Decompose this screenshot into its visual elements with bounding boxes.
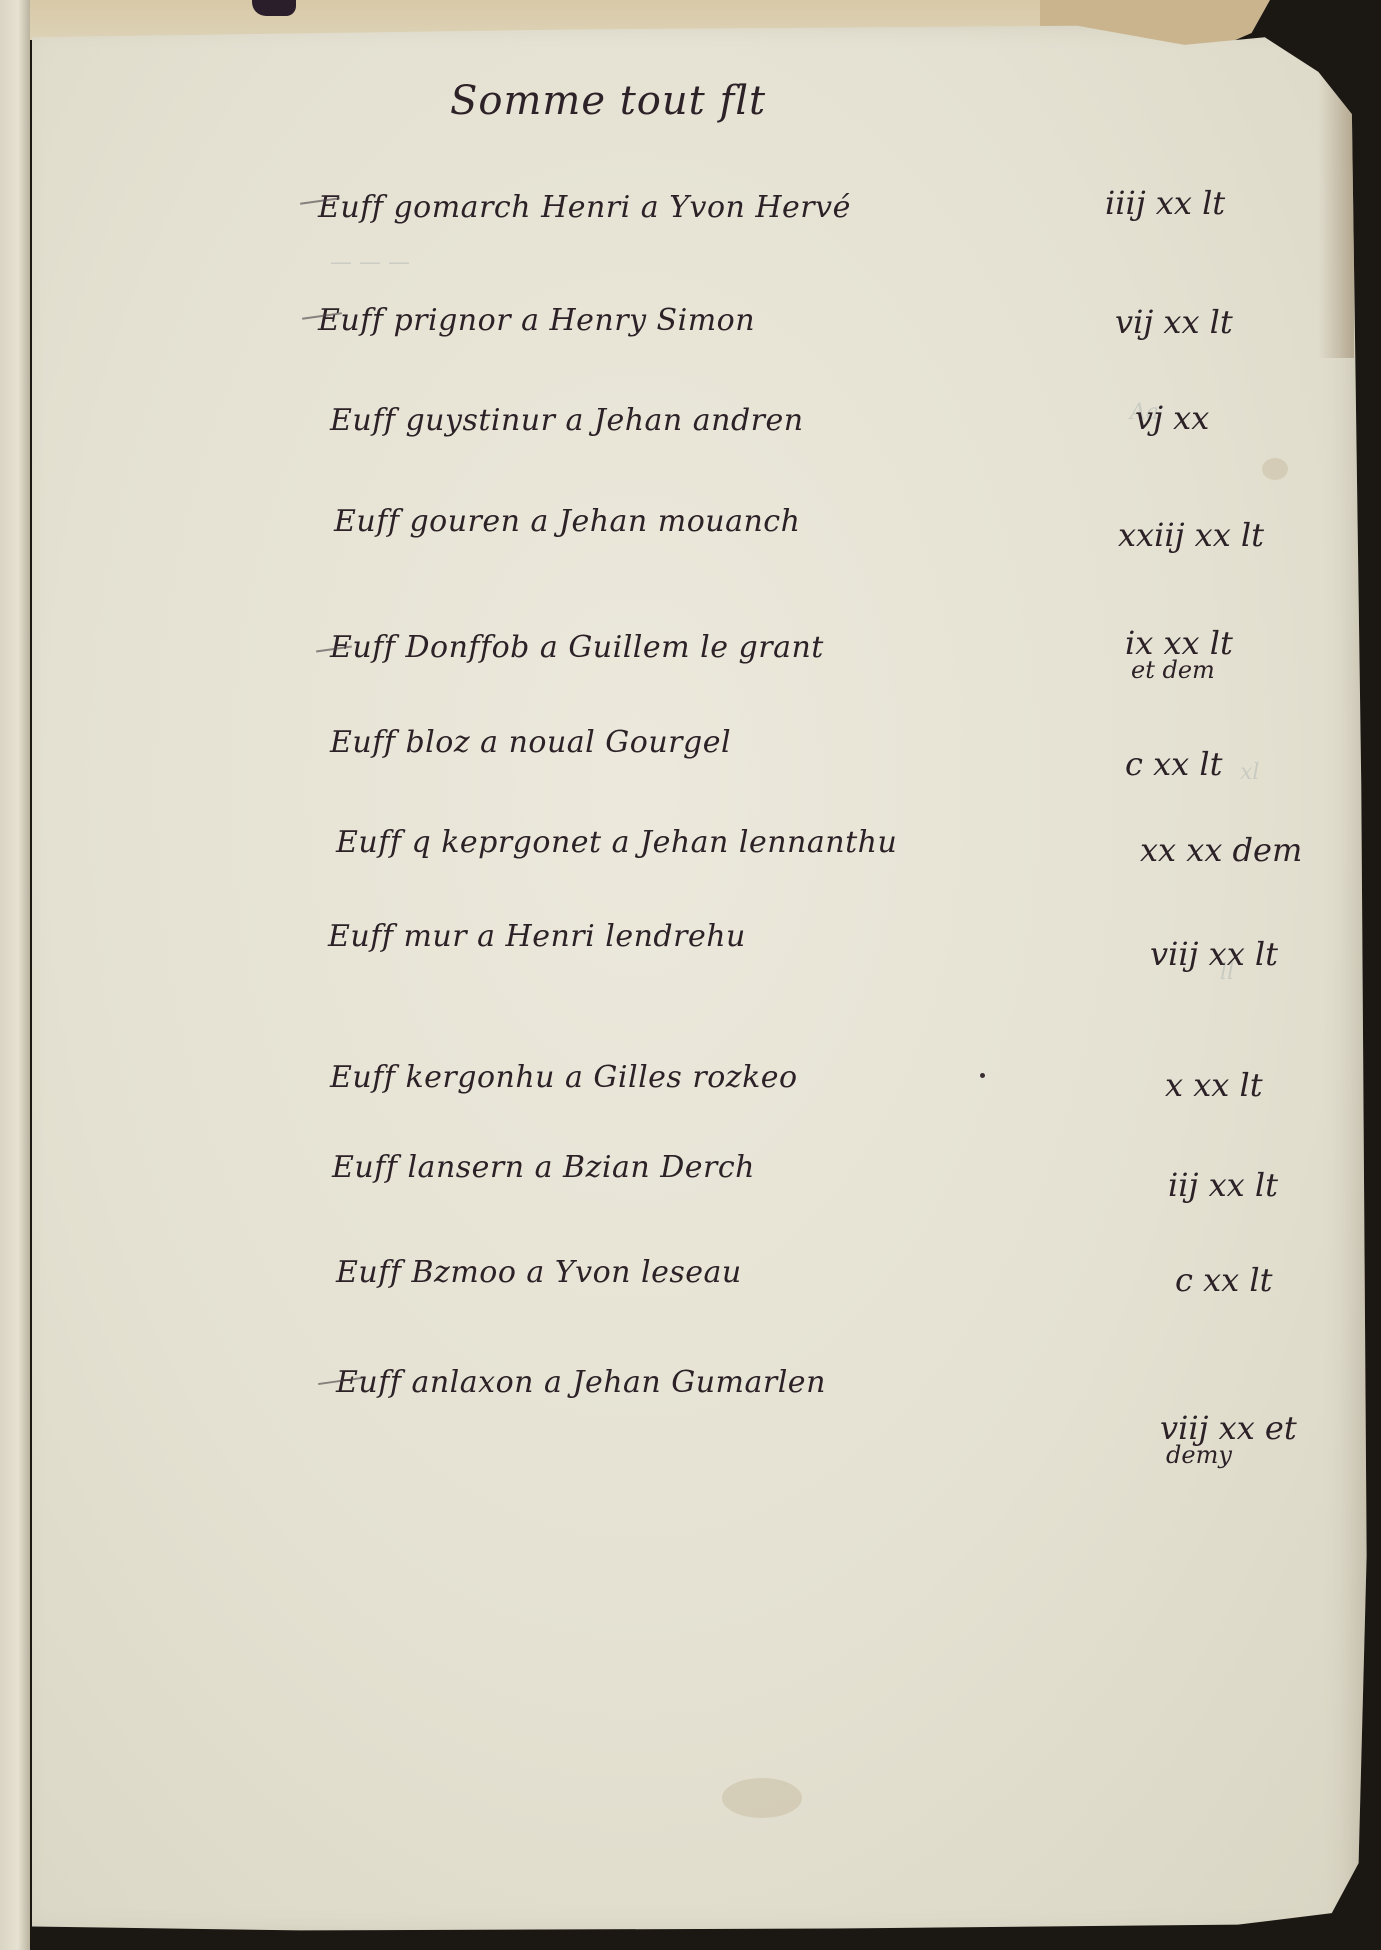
- ledger-entry: Euff q keprgonet a Jehan lennanthu xx xx…: [0, 825, 1381, 885]
- page-heading: Somme tout flt: [450, 78, 766, 124]
- entry-text: Euff anlaxon a Jehan Gumarlen: [336, 1365, 826, 1400]
- entry-amount: xx xx dem: [1140, 831, 1302, 869]
- stain: [1262, 458, 1288, 480]
- ledger-entry: Euff Donffob a Guillem le grant ix xx lt…: [0, 630, 1381, 720]
- entry-amount: c xx lt: [1125, 745, 1222, 783]
- ledger-entry: Euff mur a Henri lendrehu viij xx lt: [0, 915, 1381, 975]
- entry-text: Euff Bzmoo a Yvon leseau: [336, 1255, 742, 1290]
- ledger-entry: Euff gouren a Jehan mouanch xxiij xx lt: [0, 500, 1381, 560]
- entry-text: Euff guystinur a Jehan andren: [330, 403, 804, 438]
- entry-text: Euff Donffob a Guillem le grant: [330, 630, 824, 665]
- entry-amount: c xx lt: [1175, 1261, 1272, 1299]
- entry-text: Euff gouren a Jehan mouanch: [334, 504, 800, 539]
- entry-text: Euff gomarch Henri a Yvon Hervé: [318, 190, 851, 225]
- entry-amount: iiij xx lt: [1105, 184, 1225, 222]
- entry-text: Euff lansern a Bzian Derch: [332, 1150, 755, 1185]
- ledger-entry: Euff Bzmoo a Yvon leseau c xx lt: [0, 1255, 1381, 1315]
- entry-text: Euff q keprgonet a Jehan lennanthu: [336, 825, 897, 860]
- entry-amount: vj xx: [1135, 399, 1209, 437]
- ink-dot: [980, 1073, 985, 1078]
- ledger-entry: Euff bloz a noual Gourgel c xx lt: [0, 725, 1381, 785]
- stain: [722, 1778, 802, 1818]
- entry-amount: vij xx lt: [1115, 303, 1233, 341]
- ledger-entry: Euff prignor a Henry Simon vij xx lt: [0, 295, 1381, 355]
- entry-amount: ix xx lt et dem: [1125, 624, 1233, 684]
- entry-text: Euff bloz a noual Gourgel: [330, 725, 731, 760]
- entry-text: Euff kergonhu a Gilles rozkeo: [330, 1060, 798, 1095]
- ledger-entry: Euff guystinur a Jehan andren vj xx: [0, 395, 1381, 455]
- ink-blot: [252, 0, 296, 16]
- binding-strip: [0, 0, 30, 1950]
- bleed-through-text: — — —: [330, 250, 410, 275]
- entry-amount: viij xx lt: [1150, 935, 1278, 973]
- entry-amount: x xx lt: [1165, 1066, 1263, 1104]
- entry-amount: iij xx lt: [1168, 1166, 1278, 1204]
- entry-text: Euff prignor a Henry Simon: [318, 303, 755, 338]
- ledger-entry: Euff anlaxon a Jehan Gumarlen viij xx et…: [0, 1365, 1381, 1475]
- ledger-entry: Euff gomarch Henri a Yvon Hervé iiij xx …: [0, 180, 1381, 240]
- entry-text: Euff mur a Henri lendrehu: [328, 919, 746, 954]
- ledger-entry: Euff lansern a Bzian Derch iij xx lt: [0, 1150, 1381, 1210]
- entry-amount: xxiij xx lt: [1118, 516, 1264, 554]
- ledger-entry: Euff kergonhu a Gilles rozkeo x xx lt: [0, 1060, 1381, 1120]
- entry-amount: viij xx et demy: [1160, 1409, 1297, 1469]
